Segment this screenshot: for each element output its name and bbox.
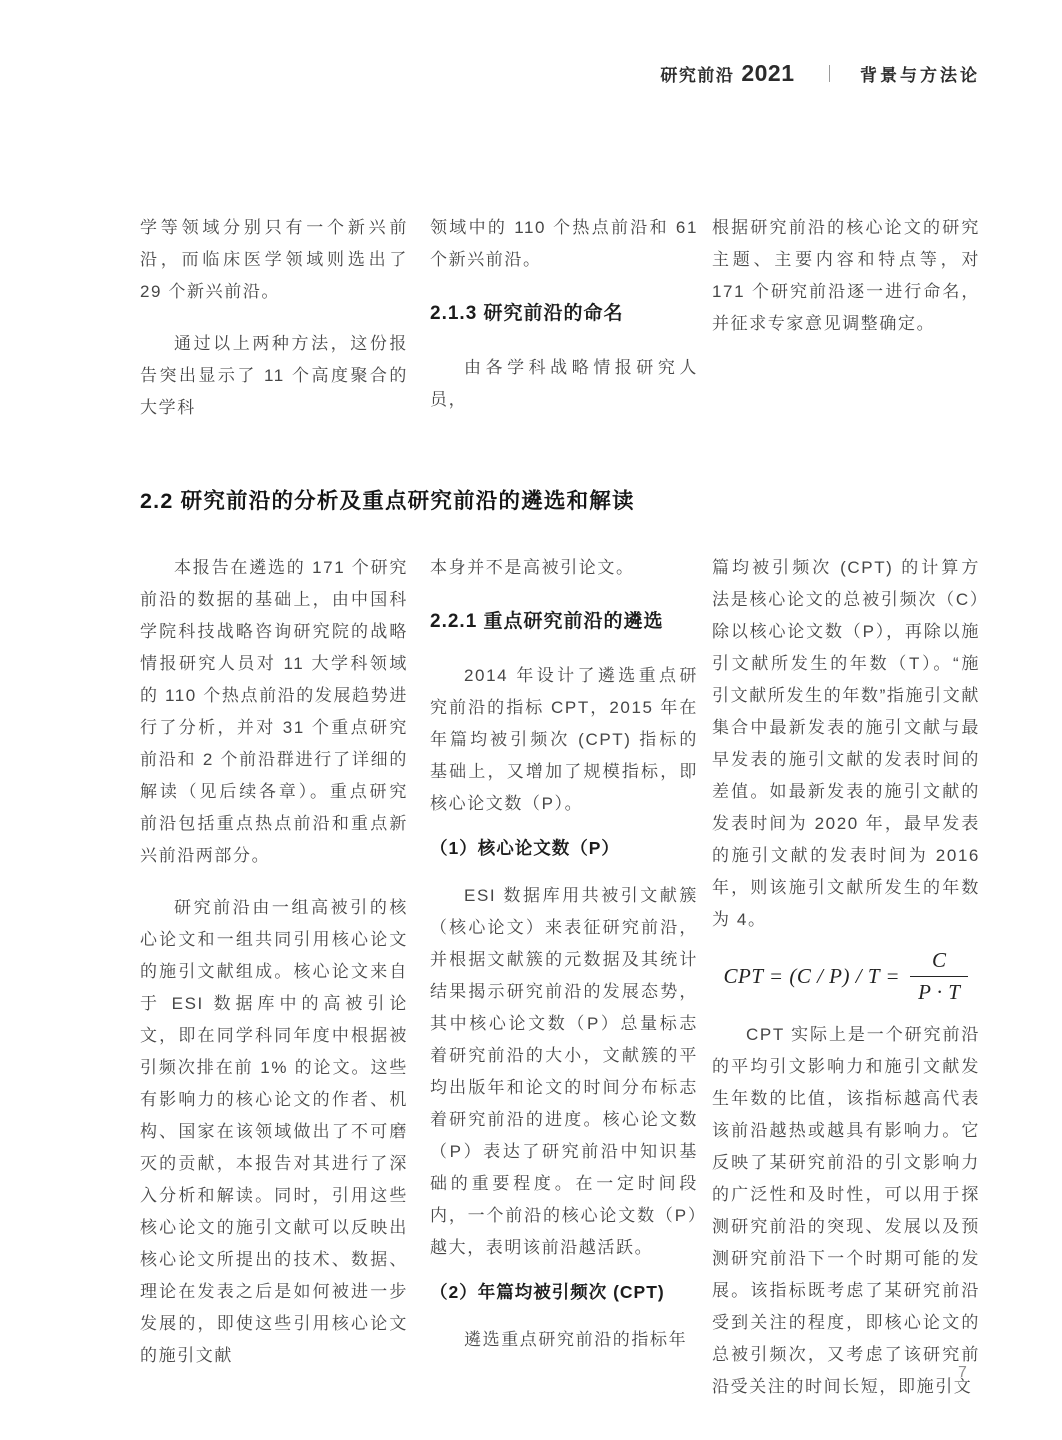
section-heading-22: 2.2 研究前沿的分析及重点研究前沿的遴选和解读 xyxy=(140,484,635,515)
main-column-1: 本报告在遴选的 171 个研究前沿的数据的基础上，由中国科学院科技战略咨询研究院… xyxy=(140,552,408,1372)
page-header: 研究前沿 2021 背景与方法论 xyxy=(660,60,980,87)
header-divider xyxy=(829,65,831,82)
formula-fraction: C P · T xyxy=(910,948,968,1005)
formula-denominator: P · T xyxy=(910,977,968,1005)
list-heading-1: （1）核心论文数（P） xyxy=(430,834,698,862)
paragraph: 由各学科战略情报研究人员， xyxy=(430,352,698,416)
paragraph: ESI 数据库用共被引文献簇（核心论文）来表征研究前沿，并根据文献簇的元数据及其… xyxy=(430,880,698,1264)
page-number: 7 xyxy=(958,1364,968,1382)
paragraph: 遴选重点研究前沿的指标年 xyxy=(430,1324,698,1356)
chapter-title: 背景与方法论 xyxy=(860,61,980,86)
subsection-heading-213: 2.1.3 研究前沿的命名 xyxy=(430,300,698,328)
main-column-2: 本身并不是高被引论文。 2.2.1 重点研究前沿的遴选 2014 年设计了遴选重… xyxy=(430,552,698,1356)
paragraph: 本身并不是高被引论文。 xyxy=(430,552,698,584)
subsection-heading-221: 2.2.1 重点研究前沿的遴选 xyxy=(430,608,698,636)
formula-numerator: C xyxy=(910,948,968,977)
paragraph: 领域中的 110 个热点前沿和 61 个新兴前沿。 xyxy=(430,212,698,276)
paragraph: 篇均被引频次 (CPT) 的计算方法是核心论文的总被引频次（C）除以核心论文数（… xyxy=(712,552,980,936)
report-title: 研究前沿 xyxy=(660,61,734,86)
formula-lhs: CPT = (C / P) / T = xyxy=(724,964,901,989)
paragraph: 根据研究前沿的核心论文的研究主题、主要内容和特点等，对 171 个研究前沿逐一进… xyxy=(712,212,980,340)
list-heading-2: （2）年篇均被引频次 (CPT) xyxy=(430,1278,698,1306)
top-column-1: 学等领域分别只有一个新兴前沿，而临床医学领域则选出了 29 个新兴前沿。 通过以… xyxy=(140,212,408,424)
paragraph: CPT 实际上是一个研究前沿的平均引文影响力和施引文献发生年数的比值，该指标越高… xyxy=(712,1019,980,1403)
paragraph: 2014 年设计了遴选重点研究前沿的指标 CPT，2015 年在年篇均被引频次 … xyxy=(430,660,698,820)
paragraph: 研究前沿由一组高被引的核心论文和一组共同引用核心论文的施引文献组成。核心论文来自… xyxy=(140,892,408,1372)
report-year: 2021 xyxy=(741,60,794,87)
top-column-3: 根据研究前沿的核心论文的研究主题、主要内容和特点等，对 171 个研究前沿逐一进… xyxy=(712,212,980,340)
top-column-2: 领域中的 110 个热点前沿和 61 个新兴前沿。 2.1.3 研究前沿的命名 … xyxy=(430,212,698,416)
main-column-3: 篇均被引频次 (CPT) 的计算方法是核心论文的总被引频次（C）除以核心论文数（… xyxy=(712,552,980,1403)
cpt-formula: CPT = (C / P) / T = C P · T xyxy=(712,948,980,1005)
paragraph: 学等领域分别只有一个新兴前沿，而临床医学领域则选出了 29 个新兴前沿。 xyxy=(140,212,408,308)
paragraph: 通过以上两种方法，这份报告突出显示了 11 个高度聚合的大学科 xyxy=(140,328,408,424)
report-page: 研究前沿 2021 背景与方法论 学等领域分别只有一个新兴前沿，而临床医学领域则… xyxy=(0,0,1062,1440)
paragraph: 本报告在遴选的 171 个研究前沿的数据的基础上，由中国科学院科技战略咨询研究院… xyxy=(140,552,408,872)
